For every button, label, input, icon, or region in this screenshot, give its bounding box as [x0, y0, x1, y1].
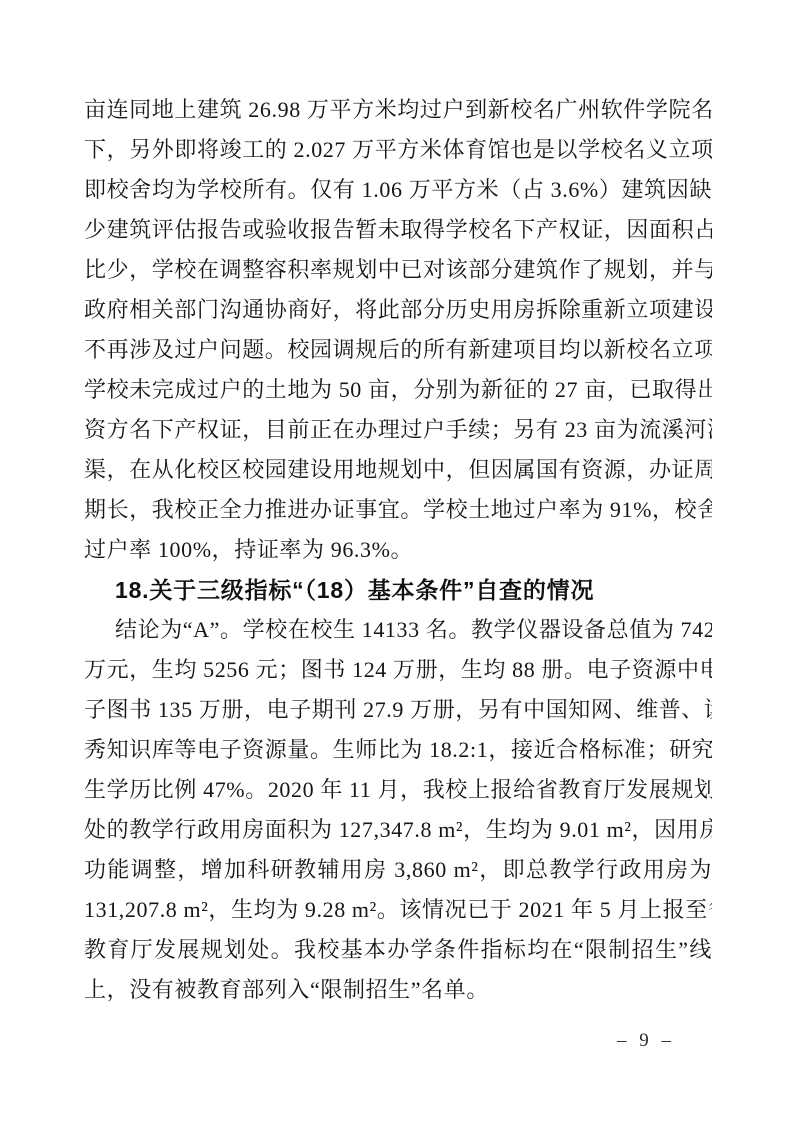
paragraph-continuation: 亩连同地上建筑 26.98 万平方米均过户到新校名广州软件学院名下，另外即将竣工… [84, 90, 712, 570]
text-line: 渠，在从化校区校园建设用地规划中，但因属国有资源，办证周 [84, 450, 712, 490]
text-line: 政府相关部门沟通协商好，将此部分历史用房拆除重新立项建设， [84, 290, 712, 330]
text-line: 万元，生均 5256 元；图书 124 万册，生均 88 册。电子资源中电 [84, 650, 712, 690]
text-line: 过户率 100%，持证率为 96.3%。 [84, 530, 712, 570]
text-line: 即校舍均为学校所有。仅有 1.06 万平方米（占 3.6%）建筑因缺 [84, 170, 712, 210]
text-line: 131,207.8 m²，生均为 9.28 m²。该情况已于 2021 年 5 … [84, 890, 712, 930]
text-line: 子图书 135 万册，电子期刊 27.9 万册，另有中国知网、维普、读 [84, 690, 712, 730]
text-line: 少建筑评估报告或验收报告暂未取得学校名下产权证，因面积占 [84, 210, 712, 250]
page-number: – 9 – [617, 1028, 675, 1054]
text-line: 秀知识库等电子资源量。生师比为 18.2:1，接近合格标准；研究 [84, 730, 712, 770]
text-line: 资方名下产权证，目前正在办理过户手续；另有 23 亩为流溪河灌 [84, 410, 712, 450]
body-text: 亩连同地上建筑 26.98 万平方米均过户到新校名广州软件学院名下，另外即将竣工… [84, 90, 712, 1010]
text-line: 结论为“A”。学校在校生 14133 名。教学仪器设备总值为 7429 [84, 610, 712, 650]
text-line: 处的教学行政用房面积为 127,347.8 m²，生均为 9.01 m²，因用房 [84, 810, 712, 850]
text-line: 学校未完成过户的土地为 50 亩，分别为新征的 27 亩，已取得出 [84, 370, 712, 410]
text-line: 下，另外即将竣工的 2.027 万平方米体育馆也是以学校名义立项， [84, 130, 712, 170]
text-line: 比少，学校在调整容积率规划中已对该部分建筑作了规划，并与 [84, 250, 712, 290]
text-line: 生学历比例 47%。2020 年 11 月，我校上报给省教育厅发展规划 [84, 770, 712, 810]
text-line: 功能调整，增加科研教辅用房 3,860 m²，即总教学行政用房为 [84, 850, 712, 890]
paragraph-basic-conditions: 结论为“A”。学校在校生 14133 名。教学仪器设备总值为 7429万元，生均… [84, 610, 712, 1010]
document-page: 亩连同地上建筑 26.98 万平方米均过户到新校名广州软件学院名下，另外即将竣工… [0, 0, 793, 1122]
text-line: 上，没有被教育部列入“限制招生”名单。 [84, 970, 712, 1010]
section-heading: 18.关于三级指标“（18）基本条件”自查的情况 [84, 570, 712, 610]
text-line: 亩连同地上建筑 26.98 万平方米均过户到新校名广州软件学院名 [84, 90, 712, 130]
text-line: 期长，我校正全力推进办证事宜。学校土地过户率为 91%，校舍 [84, 490, 712, 530]
text-line: 教育厅发展规划处。我校基本办学条件指标均在“限制招生”线 [84, 930, 712, 970]
text-line: 不再涉及过户问题。校园调规后的所有新建项目均以新校名立项。 [84, 330, 712, 370]
